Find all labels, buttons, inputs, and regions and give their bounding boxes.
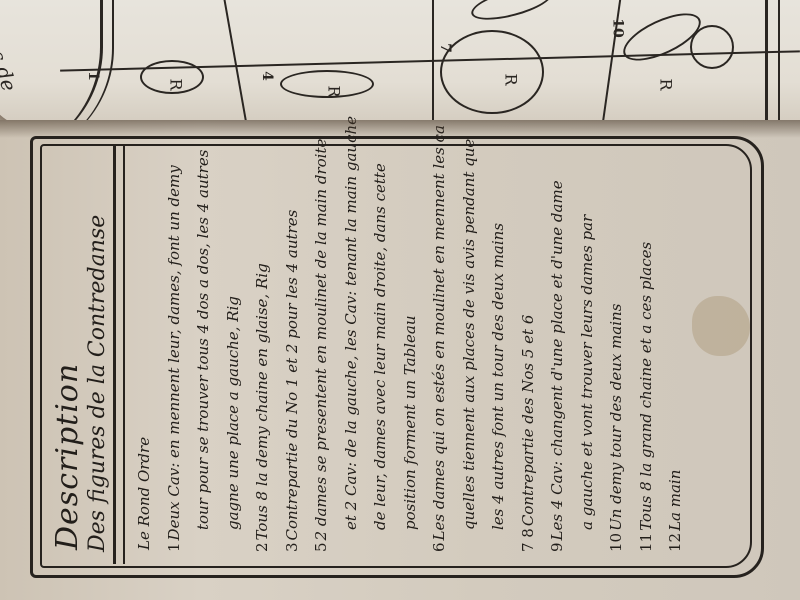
description-line: 10Un demy tour des deux mains xyxy=(602,142,632,552)
line-text: quelles tiennent aux places de vis avis … xyxy=(460,139,478,530)
line-text: tour pour se trouver tous 4 dos a dos, l… xyxy=(194,150,212,530)
description-line: 9Les 4 Cav: changent d'une place et d'un… xyxy=(543,142,573,552)
line-number: 11 xyxy=(637,533,655,552)
description-line: 3Contrepartie du No 1 et 2 pour les 4 au… xyxy=(278,142,308,552)
figure-mark-r: R xyxy=(657,78,676,90)
line-number: 7 8 xyxy=(519,528,537,552)
page-title: Description xyxy=(50,363,85,550)
upper-figures-page: figures de 1 4 7 10 R R R R xyxy=(0,0,800,130)
line-number: 1 xyxy=(165,542,183,552)
line-number: 6 xyxy=(430,542,448,552)
line-text: Un demy tour des deux mains xyxy=(607,304,625,531)
description-line: les 4 autres font un tour des deux mains xyxy=(484,142,514,552)
page-frame-right xyxy=(765,0,780,130)
line-text: Tous 8 la grand chaine et a ces places xyxy=(637,242,655,531)
line-text: de leur, dames avec leur main droite, da… xyxy=(371,163,389,530)
page-frame-curve-inner xyxy=(2,0,114,130)
line-text: Les 4 Cav: changent d'une place et d'une… xyxy=(548,180,566,540)
page-subtitle: Des figures de la Contredanse xyxy=(85,215,110,552)
description-line: 11Tous 8 la grand chaine et a ces places xyxy=(632,142,662,552)
description-line: 12La main xyxy=(661,142,691,552)
line-text: Deux Cav: en mennent leur, dames, font u… xyxy=(165,165,183,540)
line-number: 5 xyxy=(312,542,330,552)
line-text: Le Rond Ordre xyxy=(135,437,153,550)
line-number: 2 xyxy=(253,542,271,552)
description-line: Le Rond Ordre xyxy=(130,142,160,552)
figure-label: 10 xyxy=(610,18,626,37)
description-page: Description Des figures de la Contredans… xyxy=(0,120,800,600)
description-line: a gauche et vont trouver leurs dames par xyxy=(573,142,603,552)
line-text: Contrepartie des Nos 5 et 6 xyxy=(519,315,537,527)
description-line: position forment un Tableau xyxy=(396,142,426,552)
figure-mark-r: R xyxy=(325,85,344,97)
figure-label: 1 xyxy=(85,71,101,81)
description-line: 6Les dames qui on estés en moulinet en m… xyxy=(425,142,455,552)
line-text: Contrepartie du No 1 et 2 pour les 4 aut… xyxy=(283,210,301,541)
description-line: 1Deux Cav: en mennent leur, dames, font … xyxy=(160,142,190,552)
line-text: les 4 autres font un tour des deux mains xyxy=(489,223,507,530)
line-text: Les dames qui on estés en moulinet en me… xyxy=(430,125,448,540)
description-line: gagne une place a gauche, Rig xyxy=(219,142,249,552)
line-text: a gauche et vont trouver leurs dames par xyxy=(578,215,596,530)
figure-mark-r: R xyxy=(502,73,521,85)
paper-stain xyxy=(692,296,750,356)
line-text: La main xyxy=(666,470,684,531)
description-line: et 2 Cav: de la gauche, les Cav: tenant … xyxy=(337,142,367,552)
title-rule xyxy=(113,146,116,564)
description-line: 7 8Contrepartie des Nos 5 et 6 xyxy=(514,142,544,552)
line-number: 10 xyxy=(607,533,625,552)
figure-descriptions: Le Rond Ordre1Deux Cav: en mennent leur,… xyxy=(130,142,691,552)
description-line: tour pour se trouver tous 4 dos a dos, l… xyxy=(189,142,219,552)
figure-label: 4 xyxy=(259,71,275,81)
line-text: position forment un Tableau xyxy=(401,316,419,530)
title-rule xyxy=(123,146,125,564)
dance-figure-path xyxy=(468,0,556,26)
line-number: 9 xyxy=(548,542,566,552)
description-line: quelles tiennent aux places de vis avis … xyxy=(455,142,485,552)
dance-figure-path xyxy=(440,30,544,114)
line-text: Tous 8 la demy chaine en glaise, Rig xyxy=(253,263,271,540)
description-line: 2Tous 8 la demy chaine en glaise, Rig xyxy=(248,142,278,552)
line-text: et 2 Cav: de la gauche, les Cav: tenant … xyxy=(342,116,360,530)
line-text: gagne une place a gauche, Rig xyxy=(224,296,242,530)
page-fold-shadow xyxy=(0,120,800,138)
description-line: 52 dames se presentent en moulinet de la… xyxy=(307,142,337,552)
grid-line xyxy=(432,0,434,130)
dance-figure-path xyxy=(690,25,734,69)
line-number: 12 xyxy=(666,533,684,552)
line-text: 2 dames se presentent en moulinet de la … xyxy=(312,139,330,541)
figure-mark-r: R xyxy=(167,78,186,90)
description-line: de leur, dames avec leur main droite, da… xyxy=(366,142,396,552)
line-number: 3 xyxy=(283,542,301,552)
